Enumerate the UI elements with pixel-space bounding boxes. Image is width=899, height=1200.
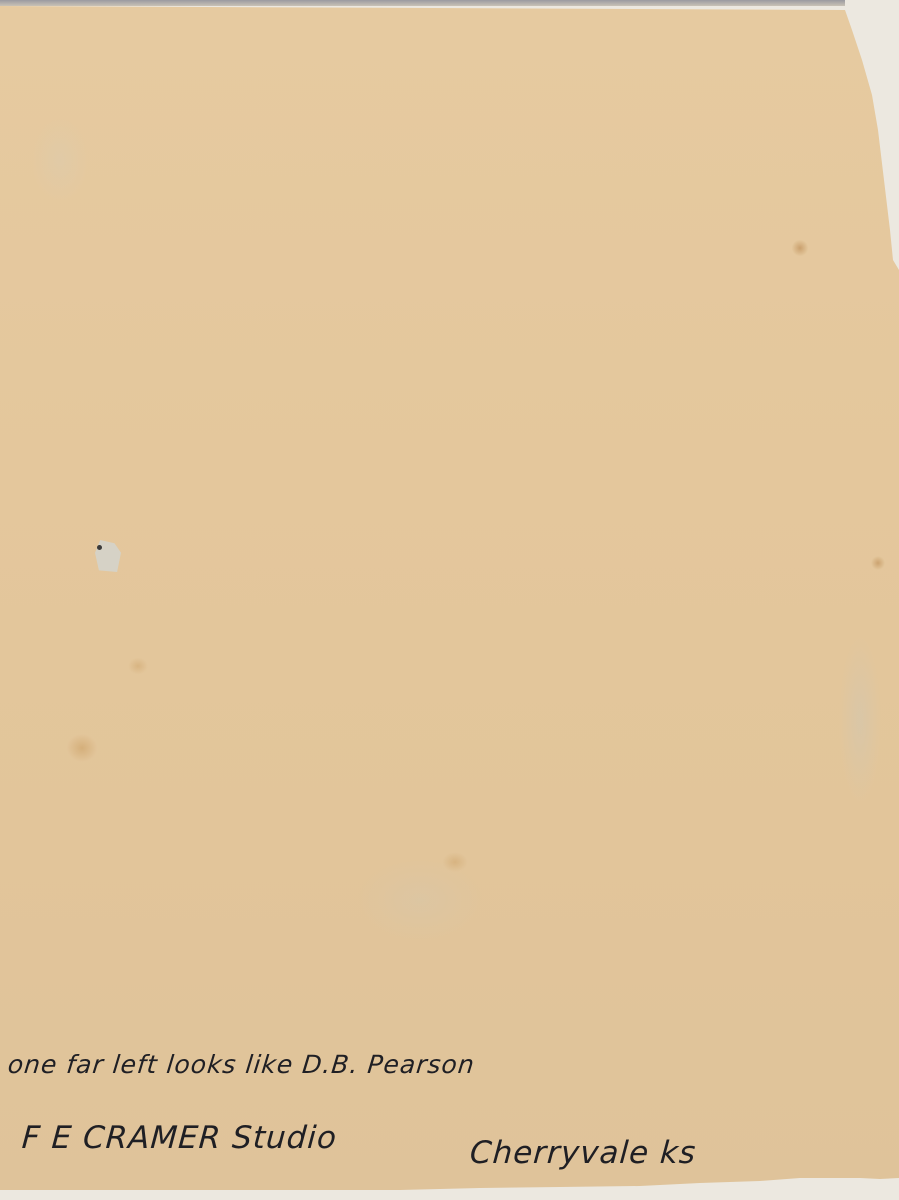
top-edge-shadow — [0, 0, 845, 6]
handwritten-identification-note: one far left looks like D.B. Pearson — [6, 1050, 476, 1079]
handwritten-location: Cherryvale ks — [469, 1135, 698, 1171]
ink-dot — [97, 545, 102, 550]
photo-back-paper — [0, 0, 899, 1190]
scan-background: one far left looks like D.B. Pearson F E… — [0, 0, 899, 1200]
handwritten-studio-name: F E CRAMER Studio — [21, 1120, 339, 1156]
